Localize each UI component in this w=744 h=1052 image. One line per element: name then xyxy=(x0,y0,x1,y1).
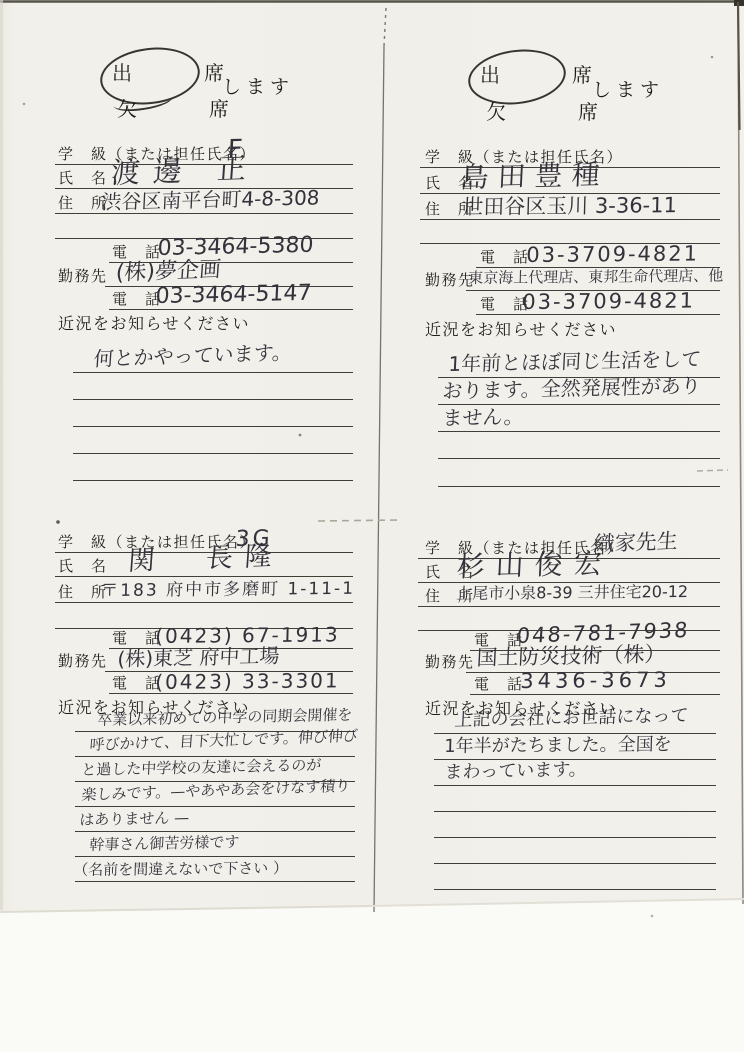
news-line: 1年前とほぼ同じ生活をして xyxy=(448,349,702,374)
news-ruled-line xyxy=(434,889,716,890)
news-ruled-line xyxy=(73,426,353,427)
reply-form-bottom-left: 学 級（または担任氏名） 3G 氏 名 関 長隆 住 所 〒183 府中市多磨町… xyxy=(55,525,355,905)
name-field-value: 関 長隆 xyxy=(127,542,285,575)
news-ruled-line xyxy=(75,856,355,857)
phone-field-value: (0423) 67-1913 xyxy=(155,624,340,646)
phone-field-value: 03-3464-5380 xyxy=(157,235,314,260)
work-field-value: (株)夢企画 xyxy=(115,259,222,285)
attend-suffix: します xyxy=(592,81,664,100)
reply-form-top-right: 出 席 します 欠 席 学 級（または担任氏名） 氏 名 島田豊種 住 所 世田… xyxy=(420,45,720,495)
news-line: 卒業以来初めての中学の同期会開催を xyxy=(97,708,353,728)
name-field-label: 氏 名 xyxy=(58,172,108,187)
news-ruled-line xyxy=(434,733,716,734)
news-field-label: 近況をお知らせください xyxy=(425,323,617,339)
work-field-label: 勤務先 xyxy=(425,656,475,671)
news-ruled-line xyxy=(73,480,353,481)
news-line: 何とかやっています。 xyxy=(93,342,293,369)
ruled-line xyxy=(55,213,353,214)
ruled-line xyxy=(476,314,720,315)
work-phone-field-value: 03-3464-5147 xyxy=(155,283,312,308)
news-line: 楽しみです。—やあやあ会をけなす積り xyxy=(81,779,351,803)
address-field-value: 世田谷区玉川 3-36-11 xyxy=(462,195,677,218)
work-field-value: 東京海上代理店、東邦生命代理店、他 xyxy=(468,269,723,286)
news-ruled-line xyxy=(434,863,716,864)
ruled-line xyxy=(470,694,720,695)
news-ruled-line xyxy=(438,486,720,487)
news-ruled-line xyxy=(75,881,355,882)
news-line: 1年半がたちました。全国を xyxy=(444,736,672,756)
work-field-value: (株)東芝 府中工場 xyxy=(117,646,280,669)
name-field-value: 杉山俊宏 xyxy=(456,550,613,581)
work-phone-field-value: 3436-3673 xyxy=(520,670,671,692)
news-ruled-line xyxy=(438,458,720,459)
news-line: 呼びかけて、目下大忙しです。伸び伸び xyxy=(89,729,358,753)
reply-form-top-left: 出 席 します 欠 席 学 級（または担任氏名） F 氏 名 渡邊 正 住 所 … xyxy=(55,40,355,490)
absent-option: 欠 席 xyxy=(117,100,255,120)
news-ruled-line xyxy=(434,785,716,786)
ruled-line xyxy=(420,219,720,220)
phone-field-label: 電 話 xyxy=(480,251,530,266)
news-ruled-line xyxy=(73,372,353,373)
news-ruled-line xyxy=(73,399,353,400)
news-line: まわっています。 xyxy=(444,761,587,782)
news-field-label: 近況をお知らせください xyxy=(58,317,250,333)
news-line: ません。 xyxy=(442,406,524,428)
name-field-label: 氏 名 xyxy=(58,560,108,575)
ruled-line xyxy=(109,309,353,310)
work-field-label: 勤務先 xyxy=(58,270,108,285)
reply-form-bottom-right: 学 級（または担任氏名） 織家先生 氏 名 杉山俊宏 住 所 上尾市小泉8-39… xyxy=(418,530,720,910)
name-field-value: 島田豊種 xyxy=(460,161,609,192)
news-ruled-line xyxy=(438,431,720,432)
news-ruled-line xyxy=(75,831,355,832)
ruled-line xyxy=(55,602,353,603)
work-phone-field-label: 電 話 xyxy=(474,678,524,693)
news-ruled-line xyxy=(75,806,355,807)
speck xyxy=(651,915,654,918)
news-ruled-line xyxy=(73,453,353,454)
news-ruled-line xyxy=(434,837,716,838)
news-line: 上記の会社にお世話になって xyxy=(454,707,689,730)
scanned-page: 出 席 します 欠 席 学 級（または担任氏名） F 氏 名 渡邊 正 住 所 … xyxy=(0,0,744,1052)
attend-suffix: します xyxy=(222,78,294,97)
absent-option: 欠 席 xyxy=(486,103,624,123)
work-phone-field-value: (0423) 33-3301 xyxy=(155,670,340,692)
news-line: はありません — xyxy=(79,811,189,828)
name-field-value: 渡邊 正 xyxy=(110,154,260,188)
address-field-value: 上尾市小泉8-39 三井住宅20-12 xyxy=(456,584,688,602)
address-field-value: 〒183 府中市多磨町 1-11-1 xyxy=(101,581,355,600)
news-line: と過した中学校の友達に会えるのが xyxy=(81,758,322,778)
work-field-label: 勤務先 xyxy=(58,655,108,670)
news-line: （名前を間違えないで下さい ） xyxy=(73,861,288,878)
news-line: 幹事さん御苦労様です xyxy=(89,835,240,853)
phone-field-value: 03-3709-4821 xyxy=(526,243,699,266)
news-ruled-line xyxy=(434,811,716,812)
news-line: おります。全然発展性があり xyxy=(442,376,701,401)
ruled-line xyxy=(418,606,720,607)
address-field-value: 渋谷区南平台町4-8-308 xyxy=(101,187,320,212)
ruled-line xyxy=(55,576,353,577)
work-field-value: 国土防災技術（株） xyxy=(476,644,666,669)
work-phone-field-value: 03-3709-4821 xyxy=(522,290,695,313)
